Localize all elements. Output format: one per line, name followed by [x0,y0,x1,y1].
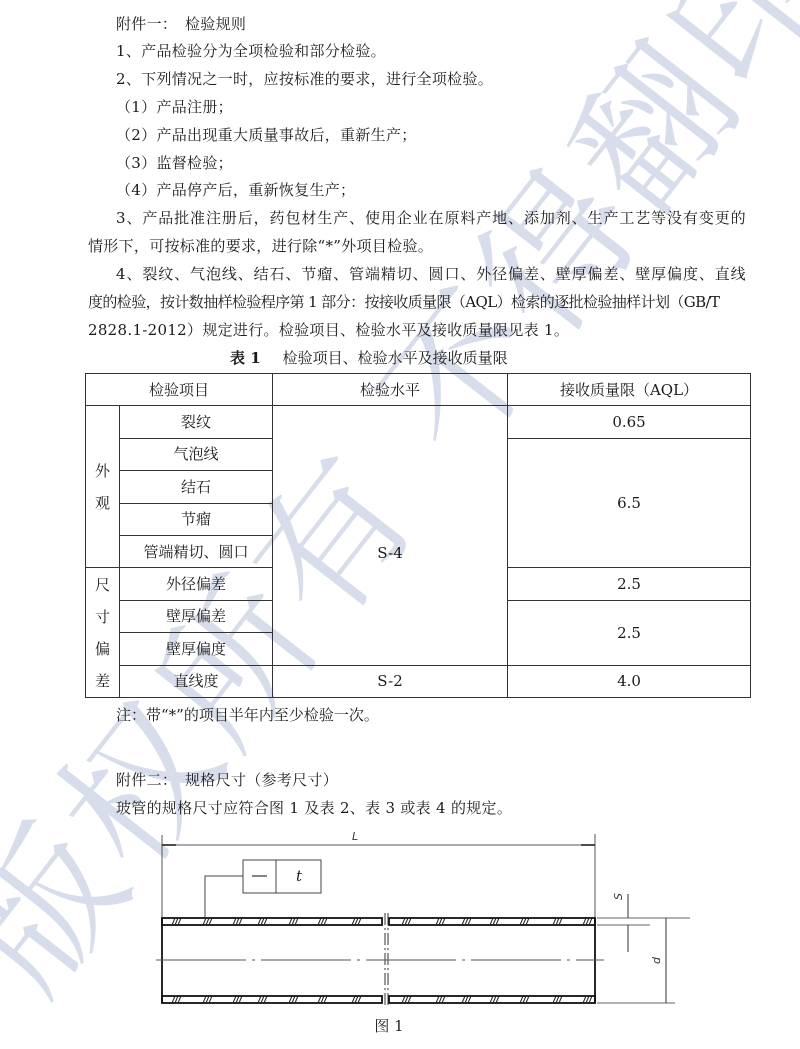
length-label: L [352,830,358,843]
wall-thickness-label: S [612,893,625,900]
tolerance-symbol: t [296,867,303,885]
figure1-caption: 图 1 [374,1017,403,1035]
figure1-tube-drawing: L t [0,0,800,1049]
diameter-label: d [650,956,663,964]
straightness-tolerance-frame: t [205,860,321,918]
tube-body [156,913,604,1007]
diameter-dimension: d [597,918,675,1003]
length-dimension: L [162,830,595,918]
wall-thickness-dimension: S [597,893,690,952]
